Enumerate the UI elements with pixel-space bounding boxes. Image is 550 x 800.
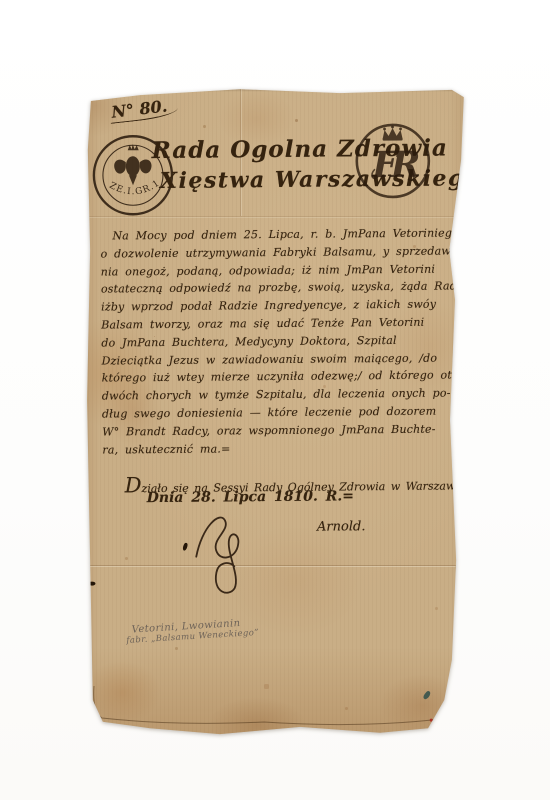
paper-sheet: N° 80. ZE.I. (84, 86, 468, 738)
body-line: W° Brandt Radcy, oraz wspomnionego JmPan… (102, 420, 456, 441)
royal-monogram-stamp-icon: FR (350, 117, 435, 202)
signature-name: Arnold. (317, 519, 366, 534)
foxing-spots (84, 86, 85, 87)
body-line: ra, uskutecznić ma.= (102, 438, 456, 459)
body-text: Na Mocy pod dniem 25. Lipca, r. b. JmPan… (100, 224, 456, 458)
header-line-2: Xięstwa Warszawskiego= (152, 163, 501, 197)
ink-blot (182, 542, 188, 551)
archive-mark (422, 690, 431, 700)
document-header: Rada Ogolna Zdrowia Xięstwa Warszawskieg… (152, 132, 502, 197)
flourish-signature-icon (190, 504, 253, 597)
red-speck (430, 719, 433, 722)
stamp-monogram: FR (371, 144, 420, 186)
pencil-annotation: Vetorini, Lwowianin fabr. „Balsamu Wenec… (131, 617, 259, 646)
body-line: Balsam tworzy, oraz ma się udać Tenże Pa… (101, 313, 455, 334)
document-number: N° 80. (108, 95, 178, 124)
ink-blot (88, 582, 95, 586)
header-line-1: Rada Ogolna Zdrowia (152, 132, 501, 166)
scanner-background: N° 80. ZE.I. (0, 0, 550, 800)
document-paper: N° 80. ZE.I. (84, 86, 468, 738)
